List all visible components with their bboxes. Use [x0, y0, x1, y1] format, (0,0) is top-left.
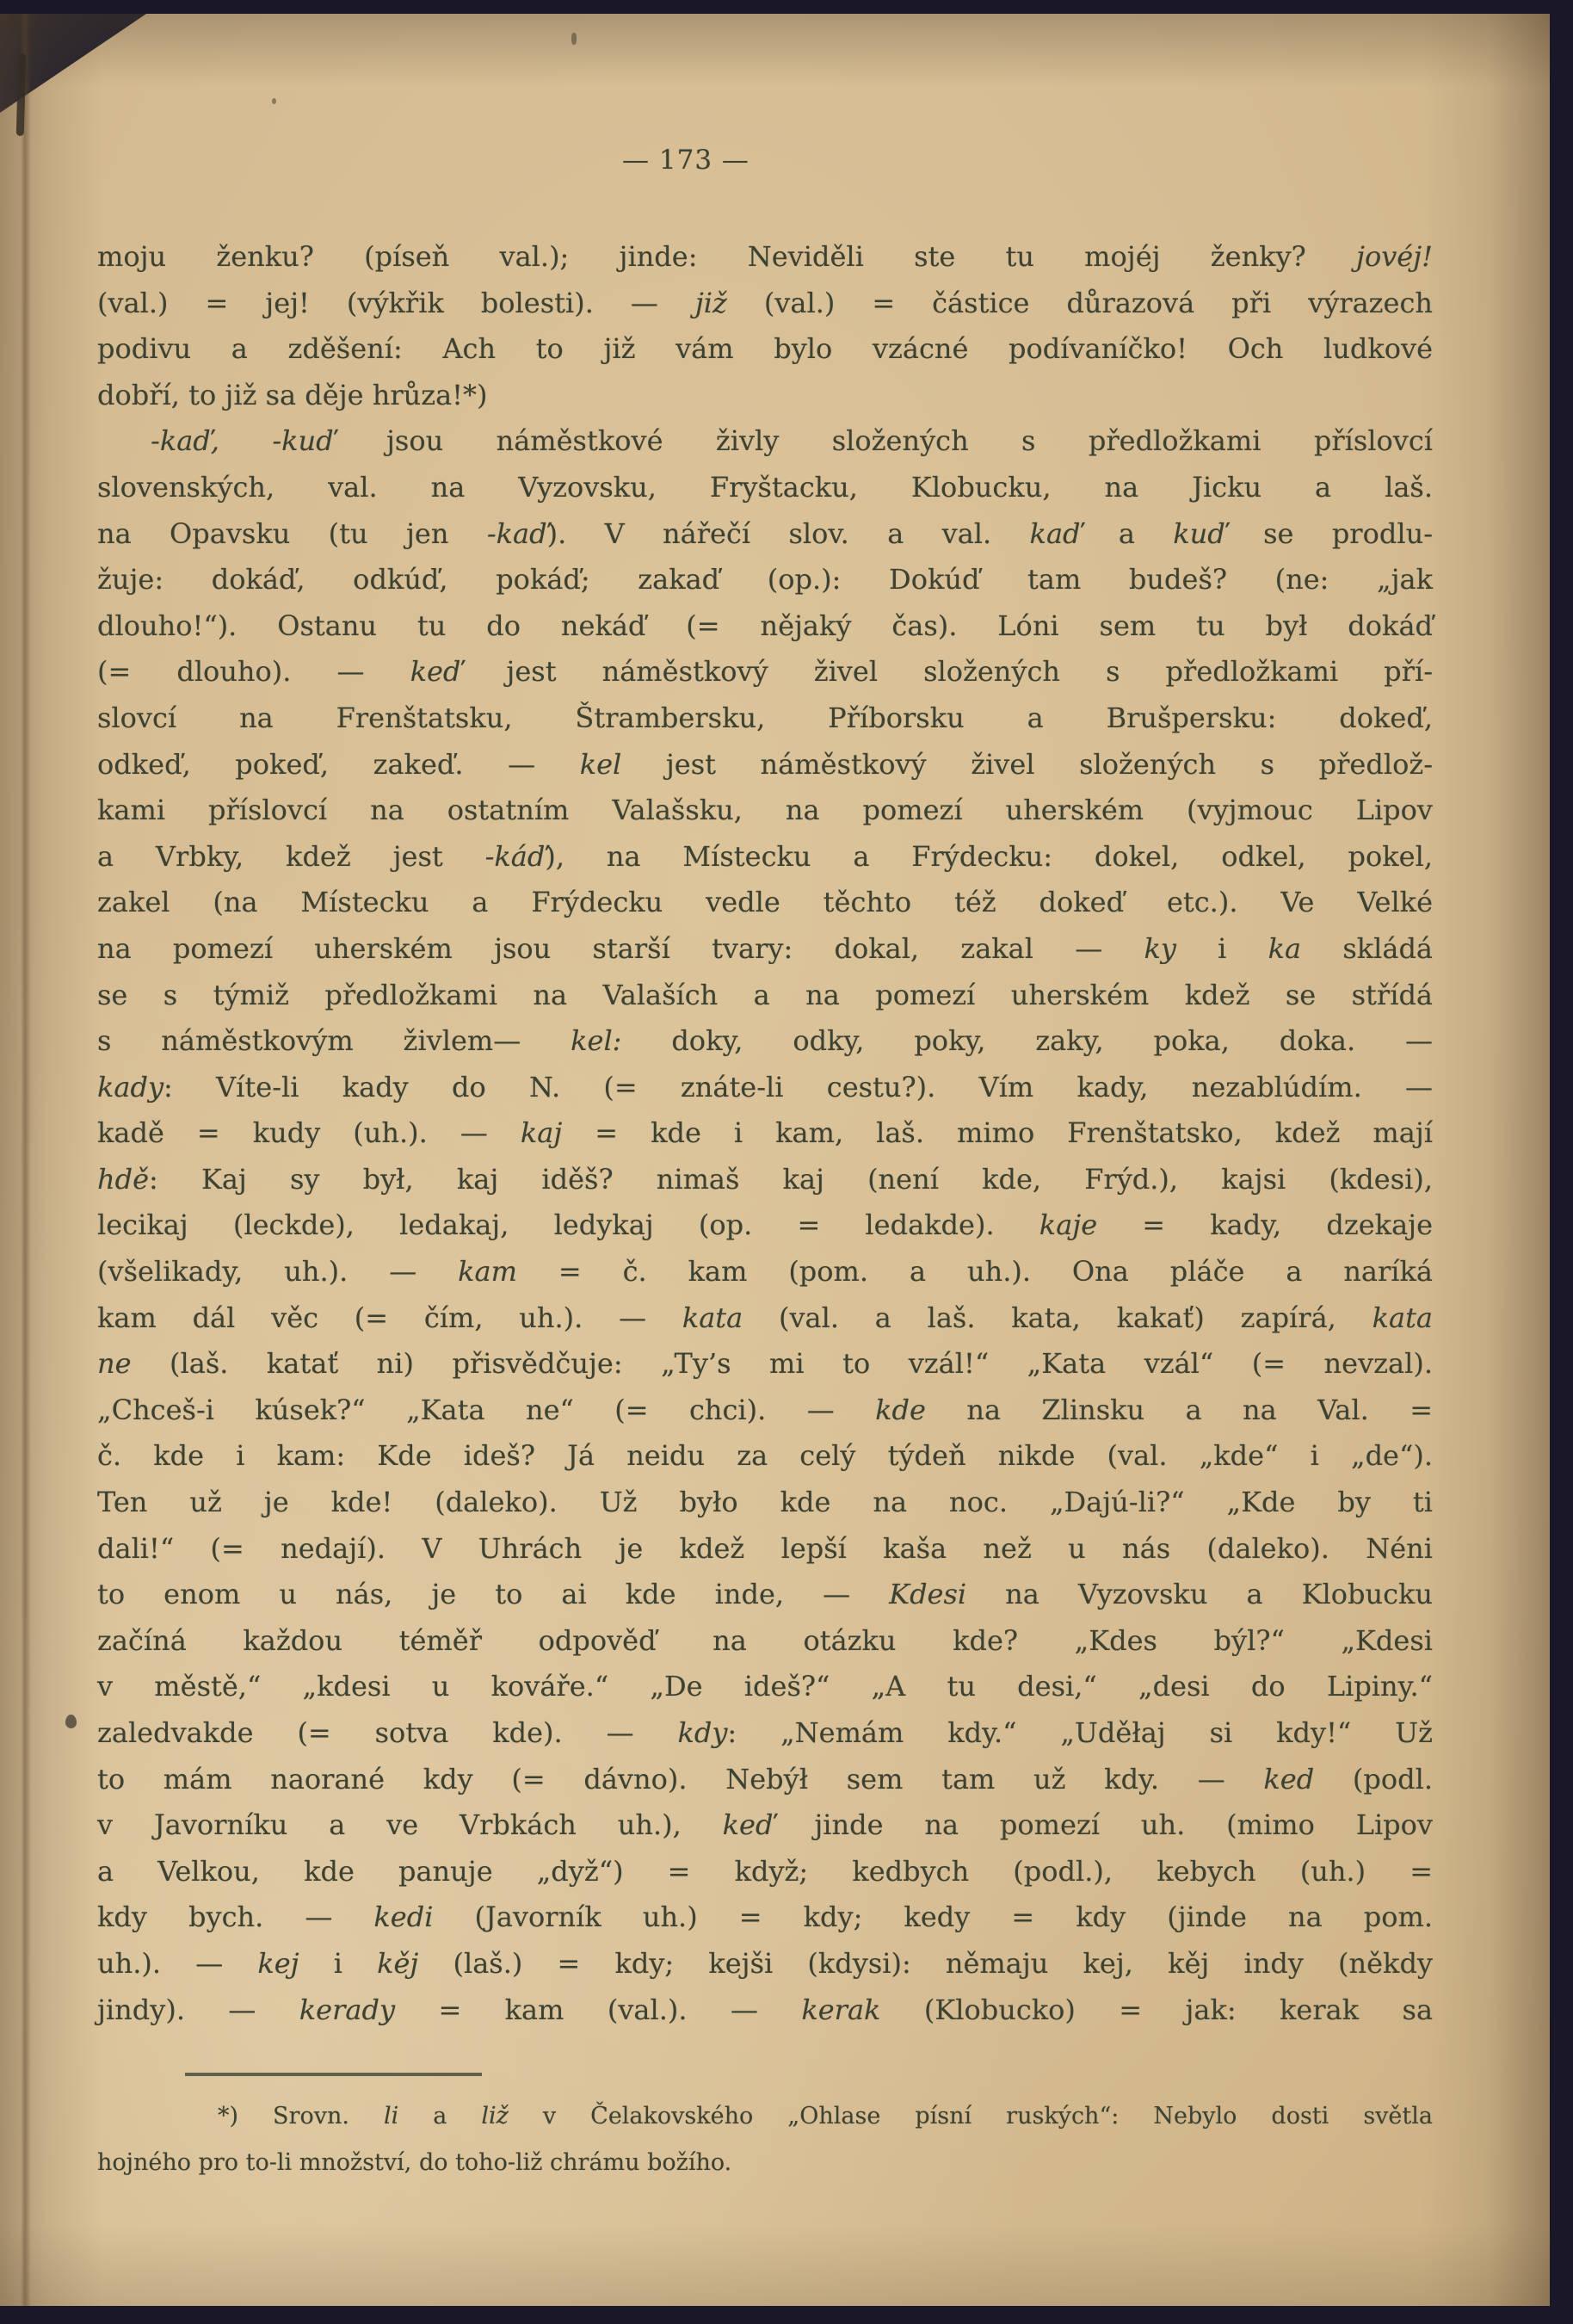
- text-line: a Vrbky, kdež jest -káď), na Místecku a …: [97, 834, 1433, 881]
- text-line: Ten už je kde! (daleko). Už było kde na …: [97, 1480, 1433, 1526]
- text-line: kady: Víte-li kady do N. (= znáte-li ces…: [97, 1065, 1433, 1111]
- text-line: se s týmiž předložkami na Valaších a na …: [97, 973, 1433, 1019]
- text-line: *) Srovn. li a liž v Čelakovského „Ohlas…: [97, 2093, 1433, 2140]
- text-line: kdy bych. — kedi (Javorník uh.) = kdy; k…: [97, 1894, 1433, 1941]
- ink-speck: [65, 1715, 77, 1728]
- page-number: — 173 —: [548, 145, 824, 176]
- text-line: v městě,“ „kdesi u kováře.“ „De ideš?“ „…: [97, 1664, 1433, 1710]
- text-line: žuje: dokáď, odkúď, pokáď; zakaď (op.): …: [97, 557, 1433, 603]
- ink-speck: [272, 98, 276, 104]
- text-line: moju ženku? (píseň val.); jinde: Neviděl…: [97, 234, 1433, 281]
- text-line: zakel (na Místecku a Frýdecku vedle těch…: [97, 880, 1433, 926]
- text-line: kami příslovcí na ostatním Valašsku, na …: [97, 788, 1433, 834]
- text-line: podivu a zděšení: Ach to již vám bylo vz…: [97, 326, 1433, 373]
- text-line: (= dlouho). — keď jest náměstkový živel …: [97, 649, 1433, 695]
- body-text: moju ženku? (píseň val.); jinde: Neviděl…: [97, 234, 1433, 2033]
- text-line: jindy). — kerady = kam (val.). — kerak (…: [97, 1987, 1433, 2034]
- text-line: odkeď, pokeď, zakeď. — kel jest náměstko…: [97, 742, 1433, 788]
- text-line: na pomezí uherském jsou starší tvary: do…: [97, 926, 1433, 973]
- footnote-rule: [185, 2073, 482, 2076]
- text-line: to mám naorané kdy (= dávno). Nebýł sem …: [97, 1757, 1433, 1803]
- text-line: hdě: Kaj sy był, kaj iděš? nimaš kaj (ne…: [97, 1157, 1433, 1203]
- text-line: v Javorníku a ve Vrbkách uh.), keď jinde…: [97, 1802, 1433, 1849]
- text-line: to enom u nás, je to ai kde inde, — Kdes…: [97, 1572, 1433, 1618]
- text-line: (val.) = jej! (výkřik bolesti). — již (v…: [97, 281, 1433, 327]
- scan-edge-mark: [16, 53, 27, 136]
- text-line: kam dál věc (= čím, uh.). — kata (val. a…: [97, 1295, 1433, 1342]
- text-line: lecikaj (leckde), ledakaj, ledykaj (op. …: [97, 1202, 1433, 1249]
- text-line: začíná každou téměř odpověď na otázku kd…: [97, 1618, 1433, 1665]
- text-line: dlouho!“). Ostanu tu do nekáď (= nějaký …: [97, 603, 1433, 650]
- text-line: hojného pro to-li množství, do toho-liž …: [97, 2140, 1433, 2186]
- text-line: slovcí na Frenštatsku, Štrambersku, Příb…: [97, 695, 1433, 742]
- text-line: -kaď, -kuď jsou náměstkové živly složený…: [97, 418, 1433, 465]
- text-line: ne (laš. katať ni) přisvědčuje: „Ty’s mi…: [97, 1341, 1433, 1388]
- text-line: dobří, to již sa děje hrůza!*): [97, 373, 1433, 419]
- text-line: „Chceš-i kúsek?“ „Kata ne“ (= chci). — k…: [97, 1388, 1433, 1434]
- text-line: s náměstkovým živlem— kel: doky, odky, p…: [97, 1018, 1433, 1065]
- text-line: a Velkou, kde panuje „dyž“) = když; kedb…: [97, 1849, 1433, 1895]
- book-page-scan: — 173 — moju ženku? (píseň val.); jinde:…: [0, 0, 1573, 2324]
- ink-speck: [571, 33, 577, 45]
- text-line: č. kde i kam: Kde ideš? Já neidu za celý…: [97, 1433, 1433, 1480]
- text-line: kadě = kudy (uh.). — kaj = kde i kam, la…: [97, 1110, 1433, 1157]
- text-line: slovenských, val. na Vyzovsku, Fryštacku…: [97, 465, 1433, 511]
- text-line: (všelikady, uh.). — kam = č. kam (pom. a…: [97, 1249, 1433, 1295]
- text-line: zaledvakde (= sotva kde). — kdy: „Nemám …: [97, 1710, 1433, 1757]
- text-line: uh.). — kej i kěj (laš.) = kdy; kejši (k…: [97, 1941, 1433, 1987]
- text-line: na Opavsku (tu jen -kaď). V nářečí slov.…: [97, 511, 1433, 558]
- footnote: *) Srovn. li a liž v Čelakovského „Ohlas…: [97, 2093, 1433, 2185]
- text-line: dali!“ (= nedají). V Uhrách je kdež lepš…: [97, 1526, 1433, 1573]
